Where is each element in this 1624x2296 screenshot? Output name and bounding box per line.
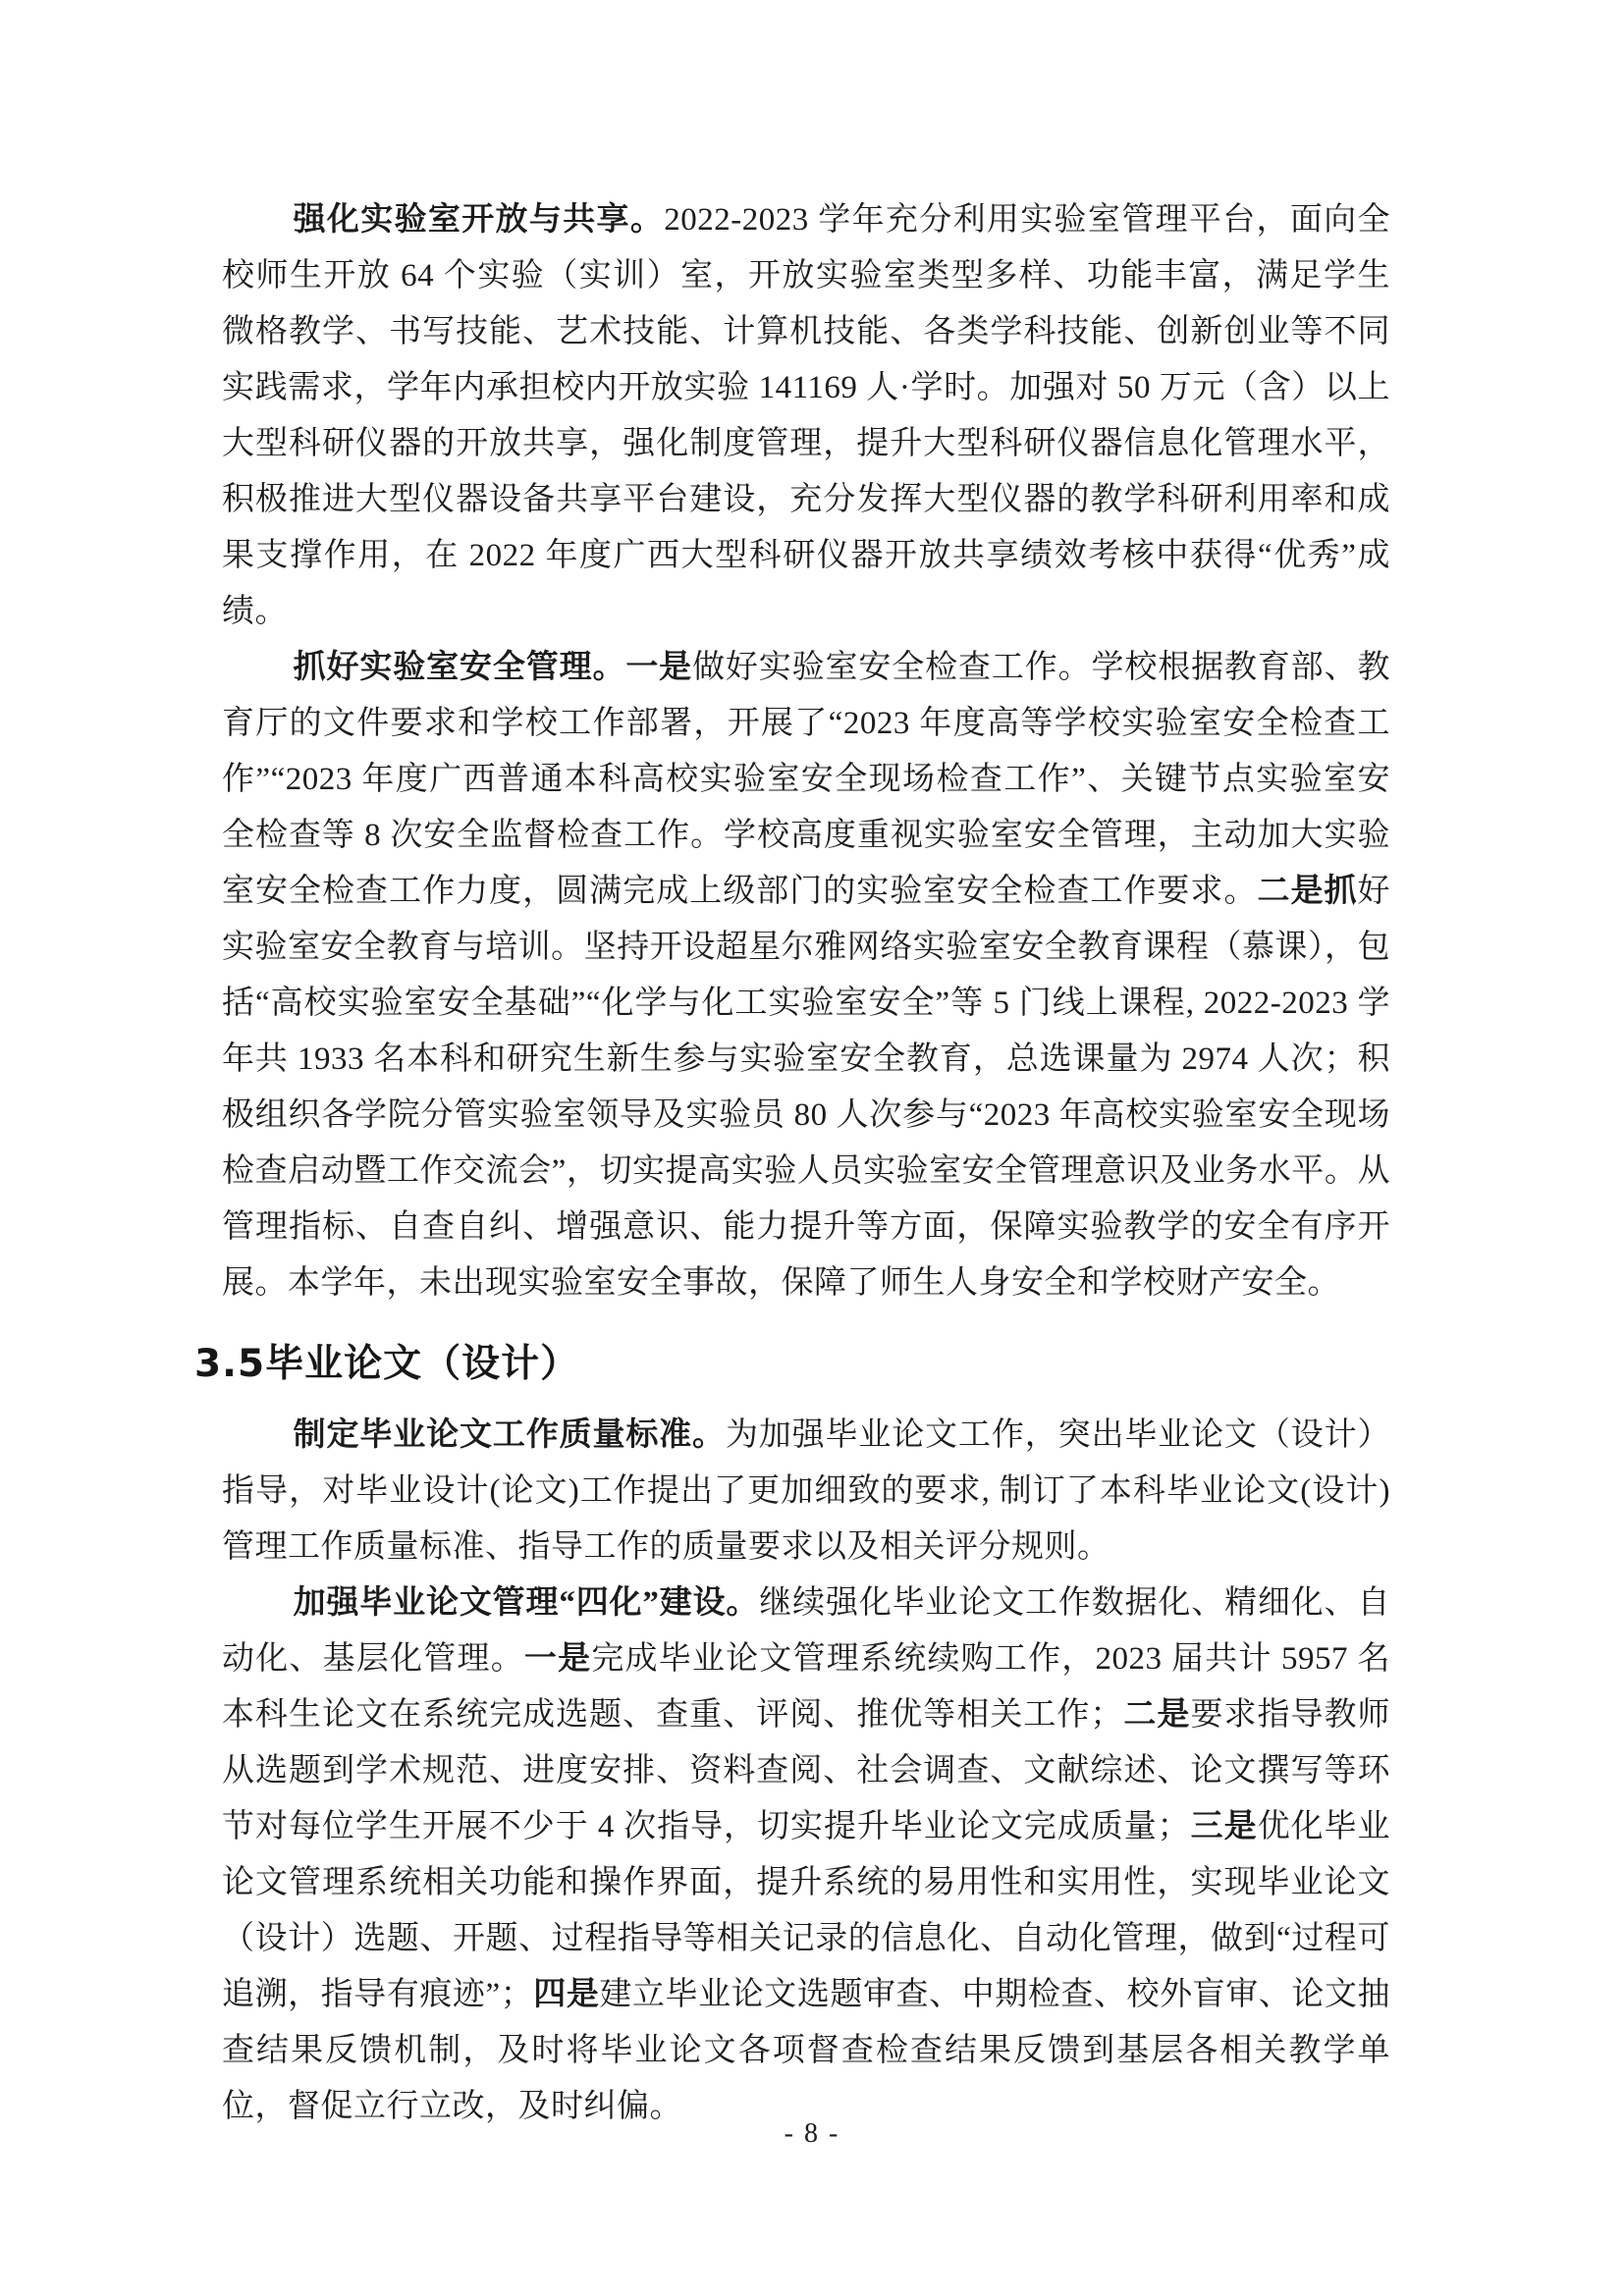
- section-heading-3-5-thesis: 3.5毕业论文（设计）: [194, 1335, 1390, 1394]
- bold-text-run: 3.5毕业论文（设计）: [194, 1342, 579, 1386]
- para-lab-safety-management: 抓好实验室安全管理。一是做好实验室安全检查工作。学校根据教育部、教育厅的文件要求…: [222, 640, 1390, 1311]
- para-lab-opening-sharing: 强化实验室开放与共享。2022-2023 学年充分利用实验室管理平台，面向全校师…: [222, 192, 1390, 640]
- document-body: 强化实验室开放与共享。2022-2023 学年充分利用实验室管理平台，面向全校师…: [222, 192, 1390, 2135]
- bold-text-run: 三是: [1190, 1809, 1257, 1844]
- bold-text-run: 二是: [1123, 1697, 1191, 1733]
- bold-text-run: 二是抓: [1257, 874, 1357, 909]
- bold-text-run: 四是: [533, 1977, 599, 2012]
- page-number: - 8 -: [785, 2118, 840, 2149]
- text-run: 2022-2023 学年充分利用实验室管理平台，面向全校师生开放 64 个实验（…: [222, 202, 1390, 629]
- bold-text-run: 强化实验室开放与共享。: [294, 202, 665, 238]
- bold-text-run: 抓好实验室安全管理。一是: [294, 650, 692, 685]
- document-page: 强化实验室开放与共享。2022-2023 学年充分利用实验室管理平台，面向全校师…: [0, 0, 1624, 2296]
- bold-text-run: 制定毕业论文工作质量标准。: [294, 1417, 726, 1453]
- bold-text-run: 加强毕业论文管理“四化”建设。: [294, 1585, 760, 1621]
- para-thesis-sihua-construction: 加强毕业论文管理“四化”建设。继续强化毕业论文工作数据化、精细化、自动化、基层化…: [222, 1575, 1390, 2135]
- bold-text-run: 一是: [524, 1641, 591, 1677]
- text-run: 好实验室安全教育与培训。坚持开设超星尔雅网络实验室安全教育课程（慕课），包括“高…: [222, 874, 1390, 1301]
- para-thesis-quality-standards: 制定毕业论文工作质量标准。为加强毕业论文工作，突出毕业论文（设计）指导，对毕业设…: [222, 1408, 1390, 1575]
- page-footer: - 8 -: [0, 2118, 1624, 2150]
- text-run: 做好实验室安全检查工作。学校根据教育部、教育厅的文件要求和学校工作部署，开展了“…: [222, 650, 1390, 909]
